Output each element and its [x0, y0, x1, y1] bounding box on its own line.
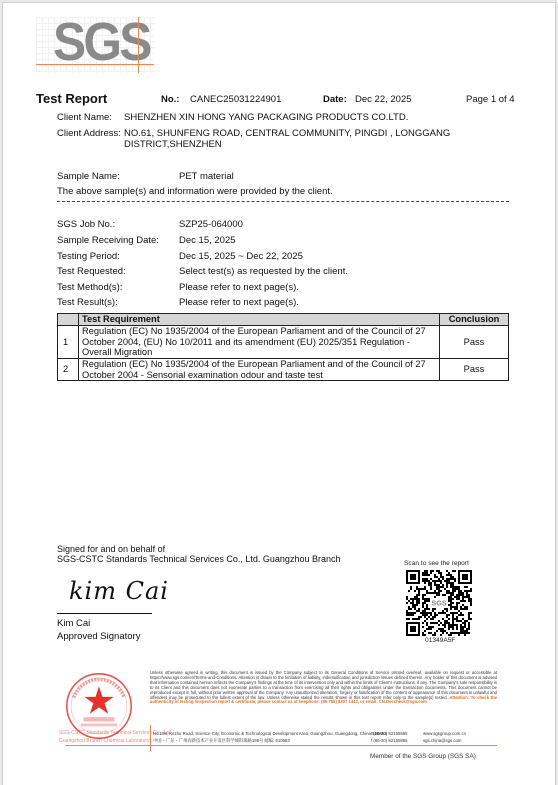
- results-table: Test Requirement Conclusion 1 Regulation…: [57, 313, 509, 381]
- behalf-line: Signed for and on behalf of: [57, 544, 340, 554]
- logo-rule-horizontal: [36, 64, 154, 65]
- requirement-line: October 2004, (EU) No 10/2011 and its am…: [82, 337, 436, 348]
- disclaimer: Unless otherwise agreed in writing, this…: [150, 671, 497, 705]
- conclusion: Pass: [440, 326, 509, 359]
- footer-divider-horizontal: [65, 745, 497, 746]
- sample-note: The above sample(s) and information were…: [57, 186, 333, 197]
- row-number: 1: [58, 326, 79, 359]
- detail-value: Please refer to next page(s).: [179, 297, 299, 308]
- header-test-requirement: Test Requirement: [79, 314, 440, 326]
- client-address-line1: NO.61, SHUNFENG ROAD, CENTRAL COMMUNITY,…: [124, 128, 450, 139]
- conclusion: Pass: [440, 359, 509, 381]
- row-number: 2: [58, 359, 79, 381]
- email-link[interactable]: sgs.china@sgs.com: [423, 738, 462, 743]
- report-date: Dec 22, 2025: [355, 94, 412, 105]
- detail-label: Test Result(s):: [57, 297, 118, 308]
- footer-divider-vertical: [150, 725, 151, 751]
- signatory-role: Approved Signatory: [57, 631, 140, 642]
- client-name-label: Client Name:: [57, 112, 112, 123]
- detail-label: SGS Job No.:: [57, 219, 115, 230]
- header-no: [58, 314, 79, 326]
- svg-text:SGS: SGS: [431, 599, 446, 608]
- detail-label: Testing Period:: [57, 251, 120, 262]
- dashed-divider: [57, 201, 509, 202]
- client-address-label: Client Address:: [57, 128, 121, 139]
- signature-line: [57, 613, 152, 614]
- company-name: SGS-CSTC Standards Technical Services Co…: [57, 554, 340, 564]
- page-indicator: Page 1 of 4: [466, 94, 515, 105]
- report-title: Test Report: [36, 91, 107, 106]
- test-requirement: Regulation (EC) No 1935/2004 of the Euro…: [79, 326, 440, 359]
- table-header-row: Test Requirement Conclusion: [58, 314, 509, 326]
- address-cn: 中国・广东・广州高新技术产业开发区科学城科珠路198号 邮编: 510663: [153, 738, 290, 744]
- report-date-label: Date:: [323, 94, 347, 105]
- report-number-label: No.:: [161, 94, 179, 105]
- qr-caption: Scan to see the report: [404, 560, 469, 567]
- table-row: 2 Regulation (EC) No 1935/2004 of the Eu…: [58, 359, 509, 381]
- seal-text-line2: Guangzhou Branch Chemical Laboratory: [59, 738, 150, 744]
- requirement-line: Overall Migration: [82, 347, 436, 358]
- requirement-line: Regulation (EC) No 1935/2004 of the Euro…: [82, 326, 436, 337]
- detail-label: Test Method(s):: [57, 282, 122, 293]
- signed-on-behalf: Signed for and on behalf of SGS-CSTC Sta…: [57, 544, 340, 564]
- detail-label: Test Requested:: [57, 266, 126, 277]
- report-page: SGS Test Report No.: CANEC25031224901 Da…: [2, 2, 556, 785]
- client-name: SHENZHEN XIN HONG YANG PACKAGING PRODUCT…: [124, 112, 408, 123]
- website-link[interactable]: www.sgsgroup.com.cn: [423, 731, 466, 736]
- member-statement: Member of the SGS Group (SGS SA): [370, 753, 476, 760]
- phone-2: f (86-20) 82150855: [371, 738, 408, 743]
- requirement-line: October 2004 - Sensorial examination odo…: [82, 370, 436, 381]
- logo-rule-vertical: [138, 17, 139, 73]
- sample-name: PET material: [179, 171, 234, 182]
- requirement-line: Regulation (EC) No 1935/2004 of the Euro…: [82, 359, 436, 370]
- detail-label: Sample Receiving Date:: [57, 235, 159, 246]
- client-address-line2: DISTRICT,SHENZHEN: [124, 139, 222, 150]
- disclaimer-text: Unless otherwise agreed in writing, this…: [150, 670, 497, 700]
- header-conclusion: Conclusion: [440, 314, 509, 326]
- address-en: No.198, Kezhu Road, Science City, Econom…: [153, 731, 386, 736]
- table-row: 1 Regulation (EC) No 1935/2004 of the Eu…: [58, 326, 509, 359]
- report-number: CANEC25031224901: [190, 94, 281, 105]
- qr-code-id: 01349A5F: [425, 637, 455, 644]
- detail-value: SZP25-064000: [179, 219, 243, 230]
- signatory-name: Kim Cai: [57, 618, 90, 629]
- detail-value: Dec 15, 2025 ~ Dec 22, 2025: [179, 251, 303, 262]
- test-requirement: Regulation (EC) No 1935/2004 of the Euro…: [79, 359, 440, 381]
- detail-value: Select test(s) as requested by the clien…: [179, 266, 348, 277]
- qr-code[interactable]: SGS: [406, 570, 472, 636]
- detail-value: Dec 15, 2025: [179, 235, 236, 246]
- phone-1: t (86-20) 82155555: [371, 731, 408, 736]
- detail-value: Please refer to next page(s).: [179, 282, 299, 293]
- handwritten-signature: kim Cai: [69, 577, 169, 605]
- sample-name-label: Sample Name:: [57, 171, 120, 182]
